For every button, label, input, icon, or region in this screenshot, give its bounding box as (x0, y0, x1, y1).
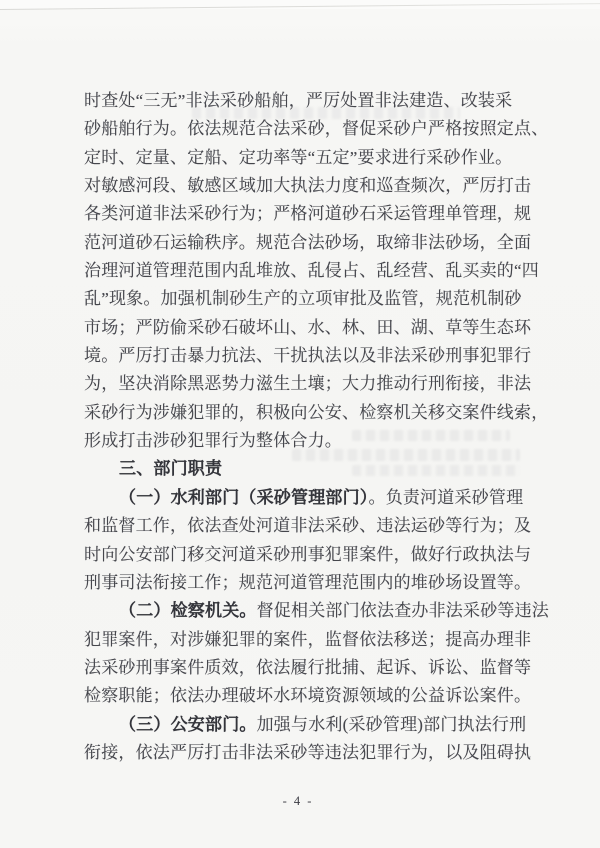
document-line: 时查处“三无”非法采砂船舶，严厉处置非法建造、改装采 (84, 87, 544, 115)
document-line: （一）水利部门（采砂管理部门）。负责河道采砂管理 (84, 484, 544, 512)
document-line: 乱”现象。加强机制砂生产的立项审批及监管，规范机制砂 (84, 285, 544, 313)
document-line: 时向公安部门移交河道采砂刑事犯罪案件，做好行政执法与 (84, 541, 544, 569)
document-line: 定时、定量、定船、定功率等“五定”要求进行采砂作业。 (84, 144, 544, 172)
document-line: 检察职能；依法办理破坏水环境资源领域的公益诉讼案件。 (84, 682, 544, 710)
section-heading: 三、部门职责 (84, 455, 544, 483)
document-line: （三）公安部门。加强与水利(采砂管理)部门执法行刑 (84, 711, 544, 739)
document-line: 市场；严防偷采砂石破坏山、水、林、田、湖、草等生态环 (84, 314, 544, 342)
document-line: 范河道砂石运输秩序。规范合法砂场，取缔非法砂场，全面 (84, 229, 544, 257)
document-line: 境。严厉打击暴力抗法、干扰执法以及非法采砂刑事犯罪行 (84, 342, 544, 370)
document-text-block: 时查处“三无”非法采砂船舶，严厉处置非法建造、改装采 砂船舶行为。依法规范合法采… (84, 87, 544, 767)
document-line: （二）检察机关。督促相关部门依法查办非法采砂等违法 (84, 597, 544, 625)
document-line: 砂船舶行为。依法规范合法采砂，督促采砂户严格按照定点、 (84, 115, 544, 143)
document-line: 对敏感河段、敏感区域加大执法力度和巡查频次，严厉打击 (84, 172, 544, 200)
document-line: 采砂行为涉嫌犯罪的，积极向公安、检察机关移交案件线索， (84, 399, 544, 427)
document-line: 和监督工作，依法查处河道非法采砂、违法运砂等行为；及 (84, 512, 544, 540)
document-line: 刑事司法衔接工作；规范河道管理范围内的堆砂场设置等。 (84, 569, 544, 597)
document-line: 治理河道管理范围内乱堆放、乱侵占、乱经营、乱买卖的“四 (84, 257, 544, 285)
page-number: - 4 - (0, 794, 596, 809)
document-line: 各类河道非法采砂行为；严格河道砂石采运管理单管理，规 (84, 200, 544, 228)
scanned-page: 时查处“三无”非法采砂船舶，严厉处置非法建造、改装采 砂船舶行为。依法规范合法采… (0, 0, 600, 848)
document-line: 衔接，依法严厉打击非法采砂等违法犯罪行为，以及阻碍执 (84, 739, 544, 767)
document-line: 法采砂刑事案件质效，依法履行批捕、起诉、诉讼、监督等 (84, 654, 544, 682)
document-line: 形成打击涉砂犯罪行为整体合力。 (84, 427, 544, 455)
document-line: 犯罪案件，对涉嫌犯罪的案件，监督依法移送；提高办理非 (84, 626, 544, 654)
document-line: 为，坚决消除黑恶势力滋生土壤；大力推动行刑衔接，非法 (84, 370, 544, 398)
